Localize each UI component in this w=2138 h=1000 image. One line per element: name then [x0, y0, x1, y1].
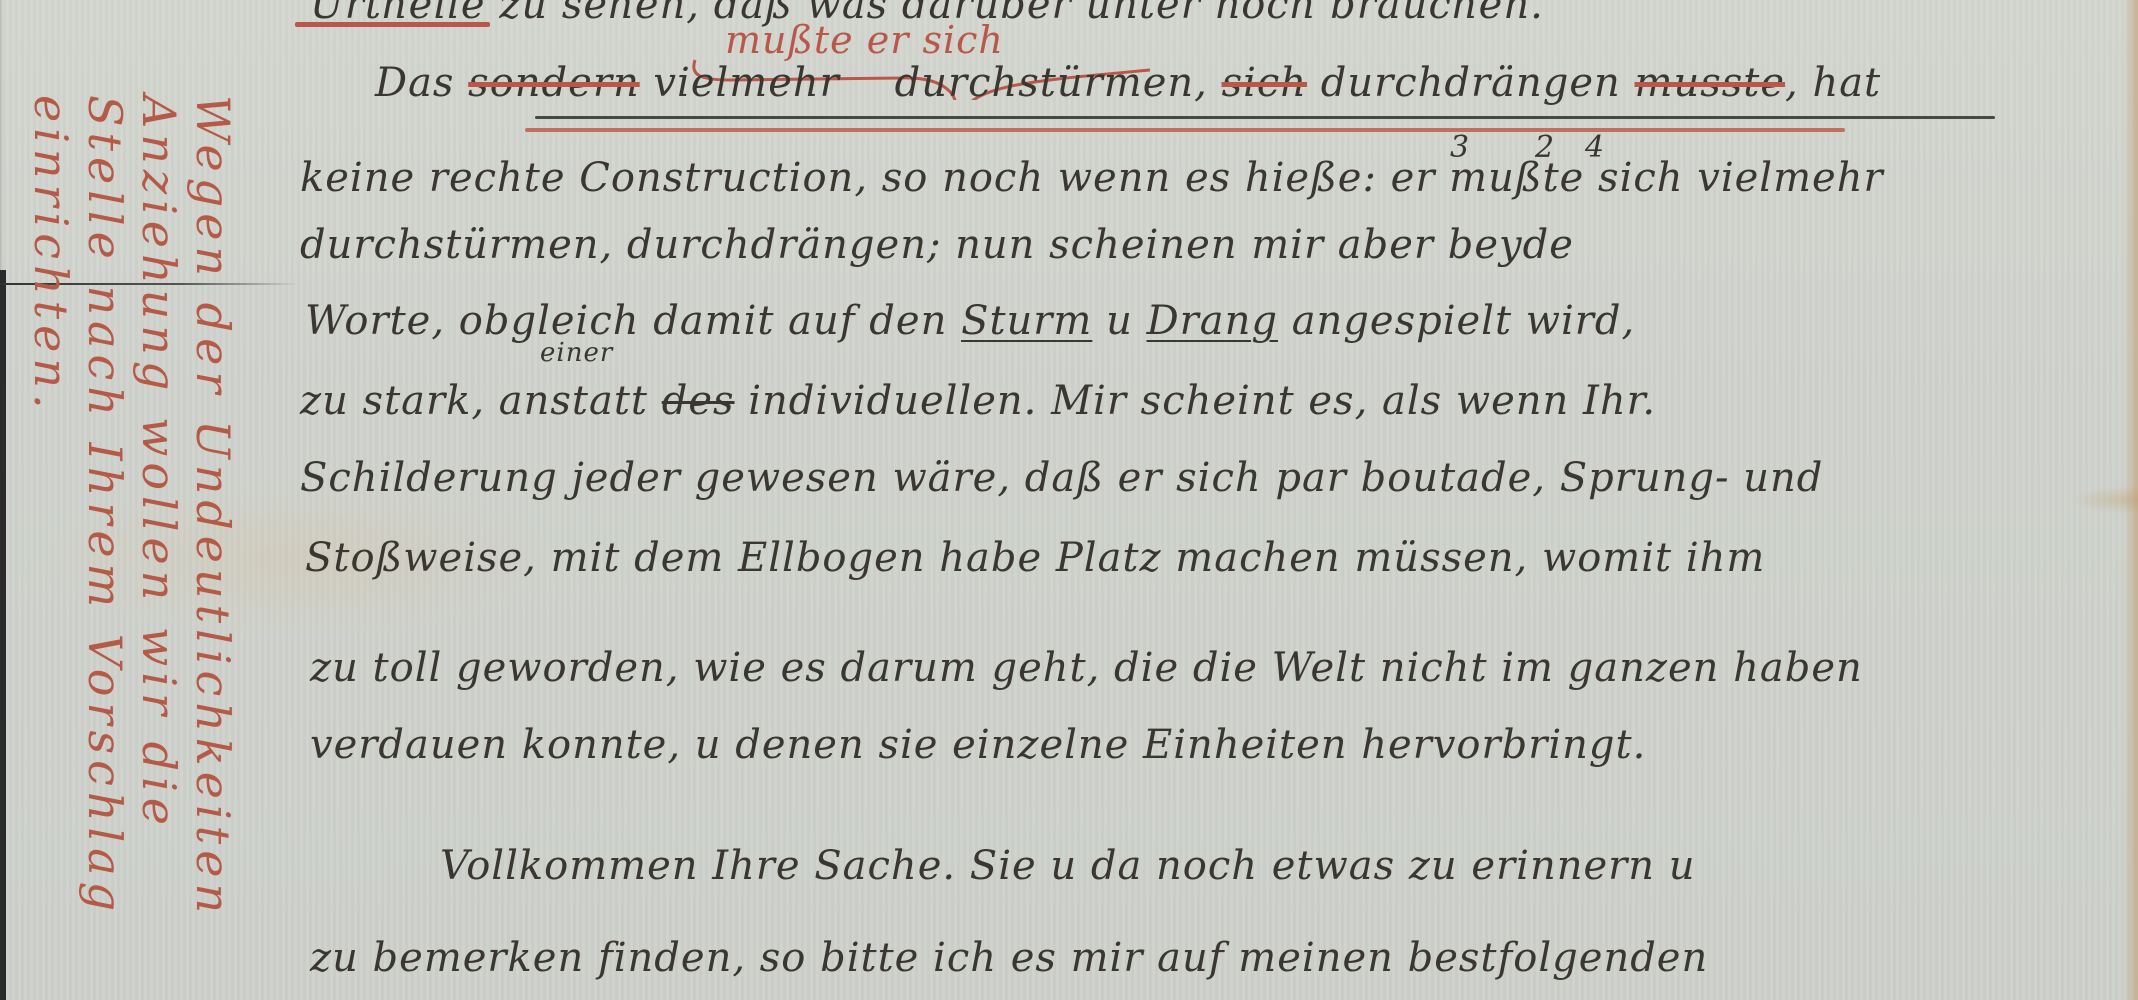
- page-left-binding-edge: [0, 270, 6, 1000]
- word-order-number: 4: [1585, 130, 1604, 165]
- text-line-7-content: Stoßweise, mit dem Ellbogen habe Platz m…: [305, 535, 1765, 581]
- word: Das: [375, 60, 454, 106]
- text-line-7: Stoßweise, mit dem Ellbogen habe Platz m…: [305, 535, 1765, 581]
- word: angespielt wird,: [1292, 298, 1636, 344]
- margin-line: Stelle nach Ihrem Vorschlag: [78, 95, 132, 995]
- struck-word: sondern: [468, 60, 640, 106]
- word: durchdrängen: [1321, 60, 1621, 106]
- word: individuellen. Mir scheint es, als wenn …: [748, 378, 1656, 424]
- struck-word: musste: [1635, 60, 1786, 106]
- paper-edge-stain: [2124, 0, 2138, 1000]
- word-order-number: 3: [1450, 130, 1469, 165]
- text-line-8: zu toll geworden, wie es darum geht, die…: [310, 645, 1863, 691]
- word: , hat: [1785, 60, 1881, 106]
- word: durchstürmen,: [895, 60, 1208, 106]
- underlined-word: Sturm: [961, 298, 1092, 344]
- struck-word: sich: [1222, 60, 1307, 106]
- insertion-above: einer: [540, 338, 613, 368]
- word: vielmehr: [653, 60, 839, 106]
- text-line-11-content: zu bemerken finden, so bitte ich es mir …: [310, 935, 1708, 981]
- text-line-6: Schilderung jeder gewesen wäre, daß er s…: [300, 455, 1823, 501]
- text-line-1: Das sondern vielmehr durchstürmen, sich …: [375, 60, 1881, 106]
- margin-line: Wegen der Undeutlichkeiten: [186, 95, 240, 995]
- text-line-10-content: Vollkommen Ihre Sache. Sie u da noch etw…: [440, 843, 1696, 889]
- manuscript-page: Wegen der Undeutlichkeiten Anziehung wol…: [0, 0, 2138, 1000]
- underlined-word: Drang: [1147, 298, 1278, 344]
- text-line-4: Worte, obgleich damit auf den Sturm u Dr…: [305, 298, 1635, 344]
- red-underline: [525, 128, 1845, 132]
- text-line-6-content: Schilderung jeder gewesen wäre, daß er s…: [300, 455, 1823, 501]
- text-line-3-content: durchstürmen, durchdrängen; nun scheinen…: [300, 222, 1574, 268]
- text-line-2-content: keine rechte Construction, so noch wenn …: [300, 155, 1884, 201]
- red-underline: [295, 22, 490, 27]
- struck-word: des: [662, 378, 735, 424]
- word: Worte, obgleich damit auf den: [305, 298, 947, 344]
- margin-line: Anziehung wollen wir die: [132, 95, 186, 995]
- black-underline: [535, 116, 1995, 119]
- word: u: [1106, 298, 1133, 344]
- text-line-2: keine rechte Construction, so noch wenn …: [300, 155, 1884, 201]
- inserted-word: einer: [540, 338, 613, 368]
- text-line-8-content: zu toll geworden, wie es darum geht, die…: [310, 645, 1863, 691]
- text-line-11: zu bemerken finden, so bitte ich es mir …: [310, 935, 1708, 981]
- text-line-9-content: verdauen konnte, u denen sie einzelne Ei…: [310, 722, 1646, 768]
- margin-annotation: Wegen der Undeutlichkeiten Anziehung wol…: [30, 80, 250, 980]
- text-line-5: zu stark, anstatt des individuellen. Mir…: [300, 378, 1656, 424]
- text-line-10: Vollkommen Ihre Sache. Sie u da noch etw…: [440, 843, 1696, 889]
- page-edge-shadow: [0, 0, 3, 280]
- text-line-3: durchstürmen, durchdrängen; nun scheinen…: [300, 222, 1574, 268]
- text-line-9: verdauen konnte, u denen sie einzelne Ei…: [310, 722, 1646, 768]
- margin-line: einrichten.: [24, 95, 78, 995]
- word: zu stark, anstatt: [300, 378, 648, 424]
- word-order-number: 2: [1535, 130, 1554, 165]
